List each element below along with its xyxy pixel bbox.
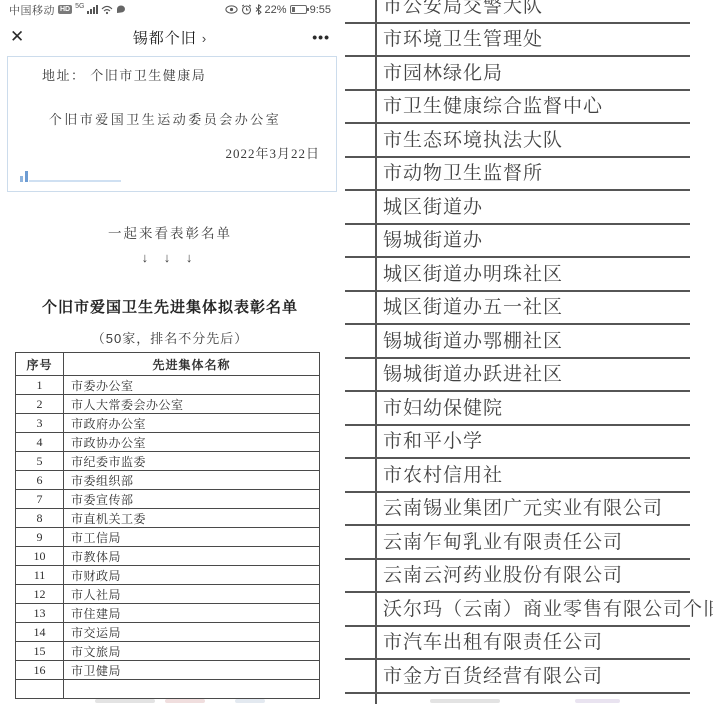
table-row: 5 市纪委市监委 xyxy=(16,452,320,471)
table-row: 15 市文旅局 xyxy=(16,642,320,661)
row-name: 市和平小学 xyxy=(383,426,483,453)
row-name: 云南云河药业股份有限公司 xyxy=(383,560,623,587)
row-number: 16 xyxy=(16,661,64,680)
table-row: 10 市教体局 xyxy=(16,547,320,566)
row-name: 市卫健局 xyxy=(64,661,320,680)
more-menu-icon[interactable]: ••• xyxy=(312,29,330,45)
row-name: 市政府办公室 xyxy=(64,414,320,433)
table-row: 市公安局交警大队 xyxy=(345,0,690,24)
row-name: 城区街道办 xyxy=(383,192,483,219)
row-number: 14 xyxy=(16,623,64,642)
document-address: 地址： 个旧市卫生健康局 xyxy=(42,65,206,84)
row-name: 市环境卫生管理处 xyxy=(383,24,543,51)
row-name: 市公安局交警大队 xyxy=(383,0,543,18)
row-number: 13 xyxy=(16,604,64,623)
battery-percent-label: 22% xyxy=(265,4,287,16)
row-name: 市教体局 xyxy=(64,547,320,566)
row-name: 沃尔玛（云南）商业零售有限公司个旧金 xyxy=(383,594,713,621)
table-row: 城区街道办明珠社区 xyxy=(345,258,690,292)
table-row: 7 市委宣传部 xyxy=(16,490,320,509)
row-name: 市生态环境执法大队 xyxy=(383,125,563,152)
table-row: 1 市委办公室 xyxy=(16,376,320,395)
status-left: 中国移动 HD 5G xyxy=(9,2,126,18)
eye-icon xyxy=(225,5,238,14)
table-row: 市和平小学 xyxy=(345,426,690,460)
official-document-card: 地址： 个旧市卫生健康局 个旧市爱国卫生运动委员会办公室 2022年3月22日 xyxy=(7,56,337,192)
row-number: 6 xyxy=(16,471,64,490)
table-row: 云南乍甸乳业有限责任公司 xyxy=(345,526,690,560)
row-name: 市政协办公室 xyxy=(64,433,320,452)
carrier-label: 中国移动 xyxy=(9,2,55,18)
down-arrows-icon: ↓ ↓ ↓ xyxy=(0,250,340,265)
row-number: 10 xyxy=(16,547,64,566)
row-name: 市文旅局 xyxy=(64,642,320,661)
row-name: 市工信局 xyxy=(64,528,320,547)
row-name: 市人社局 xyxy=(64,585,320,604)
row-number: 3 xyxy=(16,414,64,433)
row-number: 15 xyxy=(16,642,64,661)
row-name: 市汽车出租有限责任公司 xyxy=(383,627,603,654)
table-row: 市农村信用社 xyxy=(345,459,690,493)
table-row: 8 市直机关工委 xyxy=(16,509,320,528)
list-subtitle: （50家，排名不分先后） xyxy=(0,328,340,347)
table-row: 14 市交运局 xyxy=(16,623,320,642)
table-row: 锡城街道办鄂棚社区 xyxy=(345,325,690,359)
row-number: 1 xyxy=(16,376,64,395)
row-name: 市委组织部 xyxy=(64,471,320,490)
status-time: 9:55 xyxy=(310,4,331,16)
list-title: 个旧市爱国卫生先进集体拟表彰名单 xyxy=(0,296,340,317)
row-name: 市财政局 xyxy=(64,566,320,585)
row-name: 市住建局 xyxy=(64,604,320,623)
table-row: 锡城街道办跃进社区 xyxy=(345,359,690,393)
document-date: 2022年3月22日 xyxy=(225,143,320,162)
wifi-icon xyxy=(101,5,113,15)
bluetooth-icon xyxy=(255,4,262,15)
col-header-name: 先进集体名称 xyxy=(64,353,320,376)
alarm-icon xyxy=(241,4,252,15)
table-row: 市生态环境执法大队 xyxy=(345,124,690,158)
col-header-no: 序号 xyxy=(16,353,64,376)
table-row: 市妇幼保健院 xyxy=(345,392,690,426)
row-number: 7 xyxy=(16,490,64,509)
network-type-label: 5G xyxy=(75,3,84,10)
table-row-partial xyxy=(16,680,320,699)
table-row: 市园林绿化局 xyxy=(345,57,690,91)
row-name: 市委办公室 xyxy=(64,376,320,395)
battery-icon xyxy=(290,5,307,14)
table-row: 9 市工信局 xyxy=(16,528,320,547)
status-bar: 中国移动 HD 5G xyxy=(0,0,340,19)
row-number: 11 xyxy=(16,566,64,585)
table-row: 锡城街道办 xyxy=(345,225,690,259)
table-row: 沃尔玛（云南）商业零售有限公司个旧金 xyxy=(345,593,690,627)
stats-bars-icon xyxy=(20,171,121,182)
row-name: 市农村信用社 xyxy=(383,460,503,487)
row-name: 市金方百货经营有限公司 xyxy=(383,661,603,688)
row-number: 8 xyxy=(16,509,64,528)
row-name: 云南锡业集团广元实业有限公司 xyxy=(383,493,663,520)
table-row: 6 市委组织部 xyxy=(16,471,320,490)
row-name: 市交运局 xyxy=(64,623,320,642)
row-name: 锡城街道办跃进社区 xyxy=(383,359,563,386)
row-name: 市委宣传部 xyxy=(64,490,320,509)
row-name: 市纪委市监委 xyxy=(64,452,320,471)
table-row: 城区街道办 xyxy=(345,191,690,225)
row-name: 市卫生健康综合监督中心 xyxy=(383,91,603,118)
table-row: 市环境卫生管理处 xyxy=(345,24,690,58)
page-title[interactable]: 锡都个旧 › xyxy=(0,27,340,48)
table-row: 16 市卫健局 xyxy=(16,661,320,680)
table-row: 11 市财政局 xyxy=(16,566,320,585)
row-name: 市动物卫生监督所 xyxy=(383,158,543,185)
nav-bar: ✕ 锡都个旧 › ••• xyxy=(0,20,340,54)
table-row: 3 市政府办公室 xyxy=(16,414,320,433)
table-row: 4 市政协办公室 xyxy=(16,433,320,452)
screenshot-stage: 中国移动 HD 5G xyxy=(0,0,713,704)
row-number: 9 xyxy=(16,528,64,547)
table-row: 云南锡业集团广元实业有限公司 xyxy=(345,493,690,527)
table-continuation-rows: 市公安局交警大队 市环境卫生管理处 市园林绿化局 市卫生健康综合监督中心 市生态… xyxy=(345,0,713,694)
row-name: 市人大常委会办公室 xyxy=(64,395,320,414)
hd-icon: HD xyxy=(58,5,72,14)
article-teaser: 一起来看表彰名单 xyxy=(0,222,340,242)
row-number: 12 xyxy=(16,585,64,604)
row-name: 云南乍甸乳业有限责任公司 xyxy=(383,527,623,554)
row-number: 2 xyxy=(16,395,64,414)
row-number: 5 xyxy=(16,452,64,471)
row-name: 市直机关工委 xyxy=(64,509,320,528)
table-row: 2 市人大常委会办公室 xyxy=(16,395,320,414)
document-signature: 个旧市爱国卫生运动委员会办公室 xyxy=(8,109,322,128)
phone-screen: 中国移动 HD 5G xyxy=(0,0,340,704)
close-icon[interactable]: ✕ xyxy=(10,27,24,47)
volte-icon xyxy=(116,5,126,14)
table-continuation-panel: 市公安局交警大队 市环境卫生管理处 市园林绿化局 市卫生健康综合监督中心 市生态… xyxy=(345,0,713,704)
table-row: 市汽车出租有限责任公司 xyxy=(345,627,690,661)
table-row: 市动物卫生监督所 xyxy=(345,158,690,192)
table-row: 城区街道办五一社区 xyxy=(345,292,690,326)
table-row: 云南云河药业股份有限公司 xyxy=(345,560,690,594)
status-right: 22% 9:55 xyxy=(225,4,331,16)
table-row: 市卫生健康综合监督中心 xyxy=(345,91,690,125)
row-name: 市园林绿化局 xyxy=(383,58,503,85)
row-name: 市妇幼保健院 xyxy=(383,393,503,420)
table-header-row: 序号 先进集体名称 xyxy=(16,353,320,376)
row-name: 锡城街道办鄂棚社区 xyxy=(383,326,563,353)
commendation-table: 序号 先进集体名称 1 市委办公室 2 市人大常委会办公室 3 市政府办公室 4… xyxy=(15,352,320,704)
table-row: 12 市人社局 xyxy=(16,585,320,604)
table-row: 市金方百货经营有限公司 xyxy=(345,660,690,694)
row-name: 城区街道办五一社区 xyxy=(383,292,563,319)
table-row: 13 市住建局 xyxy=(16,604,320,623)
row-name: 城区街道办明珠社区 xyxy=(383,259,563,286)
chevron-right-icon: › xyxy=(202,31,207,46)
row-name: 锡城街道办 xyxy=(383,225,483,252)
signal-icon xyxy=(87,5,98,14)
row-number: 4 xyxy=(16,433,64,452)
